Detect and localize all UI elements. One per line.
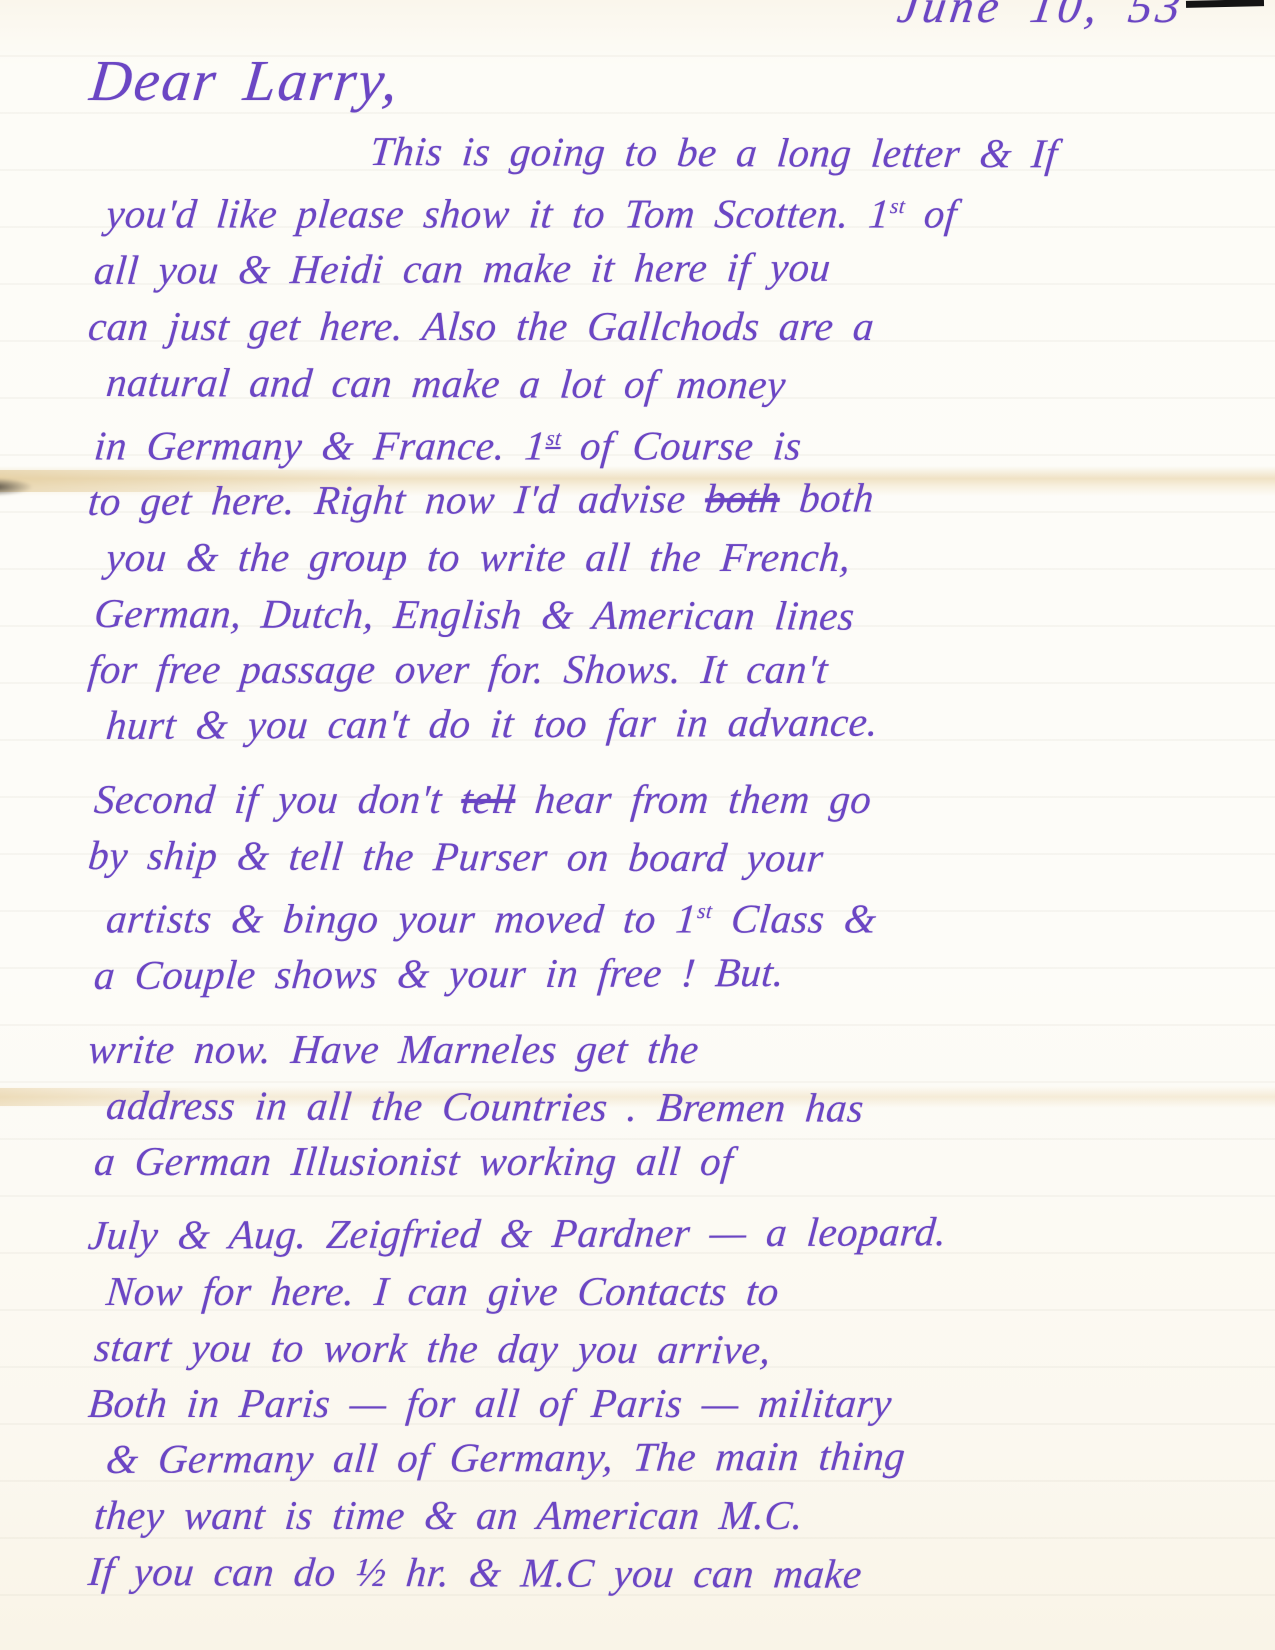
line-text: of [903,191,959,237]
struck-word: both [703,475,781,521]
letter-line: start you to work the day you arrive, [92,1319,1216,1379]
letter-line: artists & bingo your moved to 1st Class … [104,883,1217,947]
line-text: you'd like please show it to Tom Scotten… [104,191,891,237]
letter-line: a Couple shows & your in free ! But. [92,942,1216,1003]
line-text: by ship & tell the Purser on board your [86,832,825,881]
letter-line: all you & Heidi can make it here if you [92,237,1216,298]
line-text: German, Dutch, English & American lines [92,590,856,639]
letter-line: This is going to be a long letter & If [86,122,1216,182]
letter-line: can just get here. Also the Gallchods ar… [86,298,1216,354]
letter-line: Now for here. I can give Contacts to [104,1263,1216,1319]
letter-body: Dear Larry, This is going to be a long l… [86,40,1211,1599]
line-text: & Germany all of Germany, The main thing [104,1432,907,1481]
line-text: all you & Heidi can make it here if you [92,243,832,292]
letter-line: by ship & tell the Purser on board your [86,827,1216,887]
line-text: address in all the Countries . Bremen ha… [104,1082,865,1131]
letter-line: German, Dutch, English & American lines [92,585,1216,645]
line-text: both [778,475,876,521]
letter-line: & Germany all of Germany, The main thing [104,1426,1216,1487]
line-text: This is going to be a long letter & If [368,128,1059,176]
letter-line: you & the group to write all the French, [104,529,1216,585]
line-text: hurt & you can't do it too far in advanc… [104,699,880,748]
line-text: they want is time & an American M.C. [92,1492,805,1538]
letter-line: to get here. Right now I'd advise both b… [86,468,1216,529]
line-text: a German Illusionist working all of [92,1138,735,1184]
date-line: June 10, 53 [894,0,1188,34]
line-text: start you to work the day you arrive, [92,1324,773,1372]
line-text: you & the group to write all the French, [104,534,852,580]
edge-smudge [0,478,32,496]
struck-word: tell [459,776,517,822]
line-text: of Course is [559,422,804,468]
line-text: can just get here. Also the Gallchods ar… [86,303,876,349]
letter-line: they want is time & an American M.C. [92,1487,1216,1543]
letter-line: July & Aug. Zeigfried & Pardner — a leop… [86,1202,1216,1263]
letter-line: for free passage over for. Shows. It can… [86,641,1216,697]
line-text: July & Aug. Zeigfried & Pardner — a leop… [86,1208,948,1258]
letter-line: Both in Paris — for all of Paris — milit… [86,1375,1216,1431]
line-text: a Couple shows & your in free ! But. [92,949,786,998]
line-text: Second if you don't [92,776,463,822]
line-text: in Germany & France. 1 [92,422,547,468]
letter-page: June 10, 53 Dear Larry, This is going to… [0,0,1275,1650]
letter-line: in Germany & France. 1st of Course is [92,410,1217,474]
line-text: write now. Have Marneles get the [86,1026,700,1072]
letter-line: you'd like please show it to Tom Scotten… [104,178,1217,242]
line-text: hear from them go [513,776,873,822]
line-text: artists & bingo your moved to 1 [104,896,698,942]
scan-corner-mark [1186,0,1264,8]
letter-line: If you can do ½ hr. & M.C you can make [86,1543,1216,1603]
letter-line: a German Illusionist working all of [92,1133,1216,1189]
line-text: natural and can make a lot of money [104,359,787,407]
line-text: If you can do ½ hr. & M.C you can make [86,1548,864,1597]
letter-line: write now. Have Marneles get the [86,1021,1216,1077]
line-text: Now for here. I can give Contacts to [104,1268,781,1314]
letter-line: natural and can make a lot of money [104,354,1216,414]
line-text: Class & [710,896,879,942]
line-text: Both in Paris — for all of Paris — milit… [86,1380,893,1426]
letter-line: address in all the Countries . Bremen ha… [104,1077,1216,1137]
line-text: for free passage over for. Shows. It can… [86,646,830,692]
letter-line: Second if you don't tell hear from them … [92,771,1216,827]
salutation: Dear Larry, [86,40,1220,122]
letter-line: hurt & you can't do it too far in advanc… [104,692,1216,753]
line-text: to get here. Right now I'd advise [86,476,707,525]
